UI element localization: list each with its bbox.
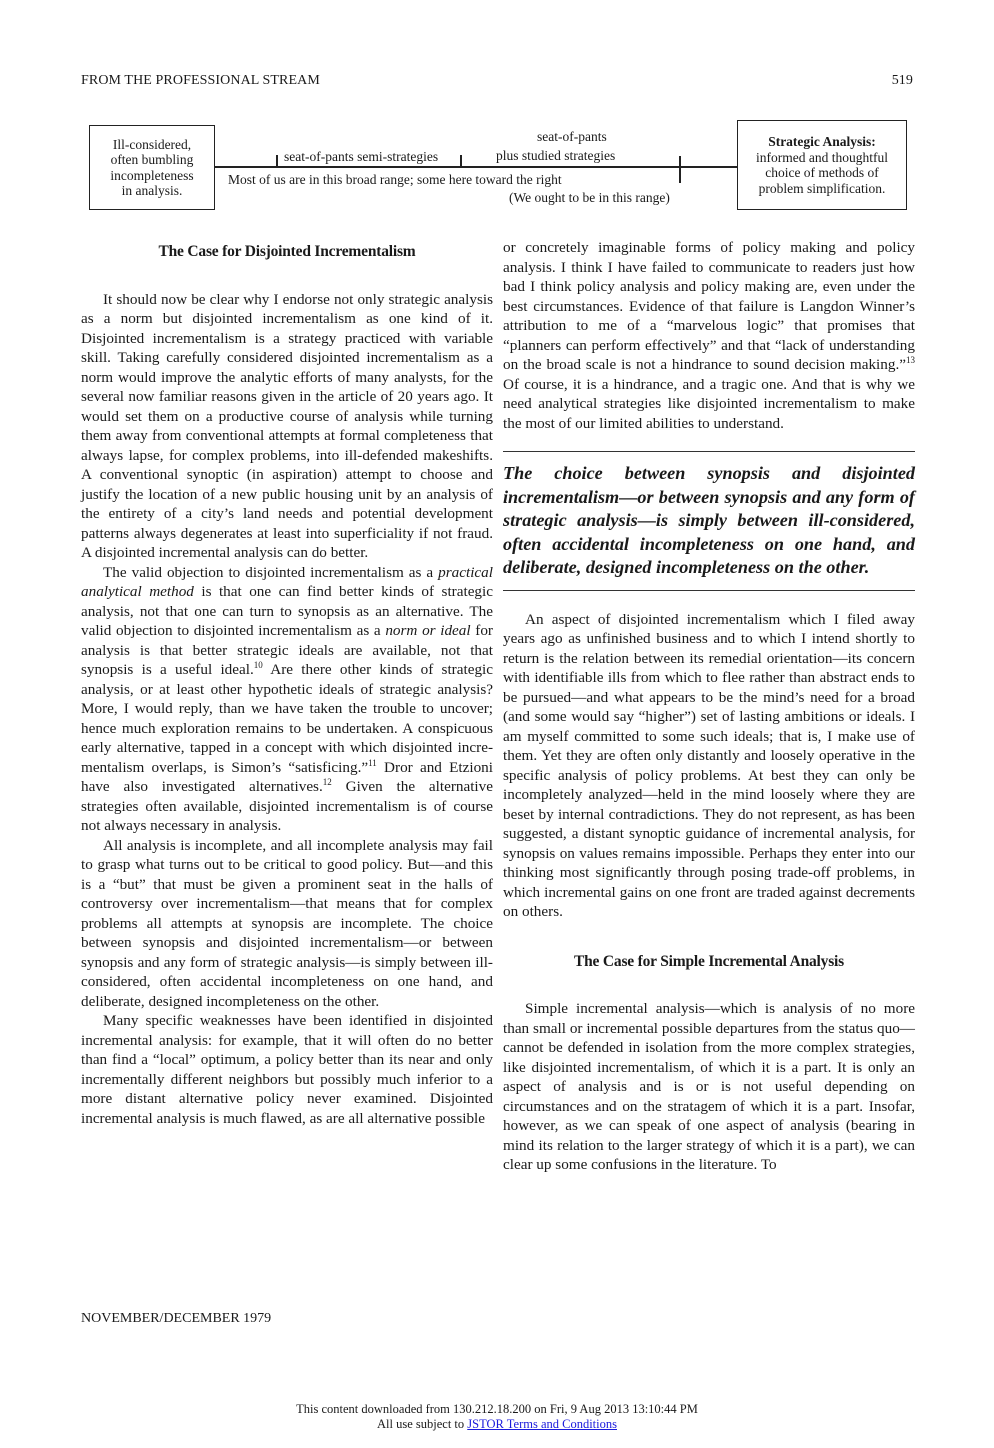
paragraph: Simple incremental analysis—which is ana… bbox=[503, 999, 915, 1175]
diagram-right-box: Strategic Analysis: informed and thought… bbox=[737, 120, 907, 210]
terms-prefix: All use subject to bbox=[377, 1417, 467, 1431]
footnote-ref[interactable]: 13 bbox=[906, 355, 915, 365]
running-head: FROM THE PROFESSIONAL STREAM 519 bbox=[81, 73, 913, 89]
issue-date: NOVEMBER/DECEMBER 1979 bbox=[81, 1311, 271, 1327]
jstor-terms-link[interactable]: JSTOR Terms and Conditions bbox=[467, 1417, 617, 1431]
right-box-title: Strategic Analysis: bbox=[738, 134, 906, 150]
continuum-axis-line bbox=[215, 166, 737, 168]
right-box-line: choice of methods of bbox=[738, 165, 906, 181]
section-heading: The Case for Disjointed Incrementalism bbox=[81, 242, 493, 262]
axis-tick bbox=[276, 155, 278, 167]
axis-tick bbox=[679, 156, 681, 183]
continuum-diagram: Ill-considered, often bumbling incomplet… bbox=[89, 118, 909, 213]
right-box-line: problem simplification. bbox=[738, 181, 906, 197]
running-title: FROM THE PROFESSIONAL STREAM bbox=[81, 73, 320, 89]
footnote-ref[interactable]: 10 bbox=[254, 660, 263, 670]
page-number: 519 bbox=[892, 73, 913, 89]
italic-emphasis: norm or ideal bbox=[385, 622, 470, 639]
left-box-line: incompleteness bbox=[90, 168, 214, 184]
label-broad-range: Most of us are in this broad range; some… bbox=[228, 172, 562, 187]
label-semi-strategies: seat-of-pants semi-strategies bbox=[284, 149, 438, 164]
paragraph: or concretely imaginable forms of policy… bbox=[503, 238, 915, 433]
footnote-ref[interactable]: 12 bbox=[323, 777, 332, 787]
paragraph: All analysis is incomplete, and all inco… bbox=[81, 836, 493, 1012]
text-run: or concretely imaginable forms of policy… bbox=[503, 239, 915, 373]
label-studied-strategies: plus studied strategies bbox=[496, 148, 615, 163]
diagram-left-box: Ill-considered, often bumbling incomplet… bbox=[89, 125, 215, 210]
label-ought-range: (We ought to be in this range) bbox=[509, 190, 670, 205]
axis-tick bbox=[460, 155, 462, 167]
paragraph: The valid objection to disjointed increm… bbox=[81, 563, 493, 836]
left-box-line: Ill-considered, bbox=[90, 137, 214, 153]
footnote-ref[interactable]: 11 bbox=[368, 757, 377, 767]
left-box-line: often bumbling bbox=[90, 152, 214, 168]
label-seat-of-pants: seat-of-pants bbox=[537, 129, 607, 144]
left-box-line: in analysis. bbox=[90, 183, 214, 199]
right-column: or concretely imaginable forms of policy… bbox=[503, 238, 915, 1175]
paragraph: It should now be clear why I endorse not… bbox=[81, 290, 493, 563]
text-run: The valid objection to disjointed increm… bbox=[103, 564, 438, 581]
paragraph: Many specific weaknesses have been ident… bbox=[81, 1011, 493, 1128]
download-notice: This content downloaded from 130.212.18.… bbox=[0, 1402, 994, 1417]
text-run: Of course, it is a hindrance, and a trag… bbox=[503, 376, 915, 432]
jstor-notice: This content downloaded from 130.212.18.… bbox=[0, 1402, 994, 1431]
left-column: The Case for Disjointed Incrementalism I… bbox=[81, 238, 493, 1128]
pull-quote: The choice between synopsis and disjoint… bbox=[503, 451, 915, 591]
section-heading: The Case for Simple Incremental Analysis bbox=[503, 952, 915, 972]
right-box-line: informed and thoughtful bbox=[738, 150, 906, 166]
paragraph: An aspect of disjointed incrementalism w… bbox=[503, 610, 915, 922]
terms-line: All use subject to JSTOR Terms and Condi… bbox=[0, 1417, 994, 1432]
